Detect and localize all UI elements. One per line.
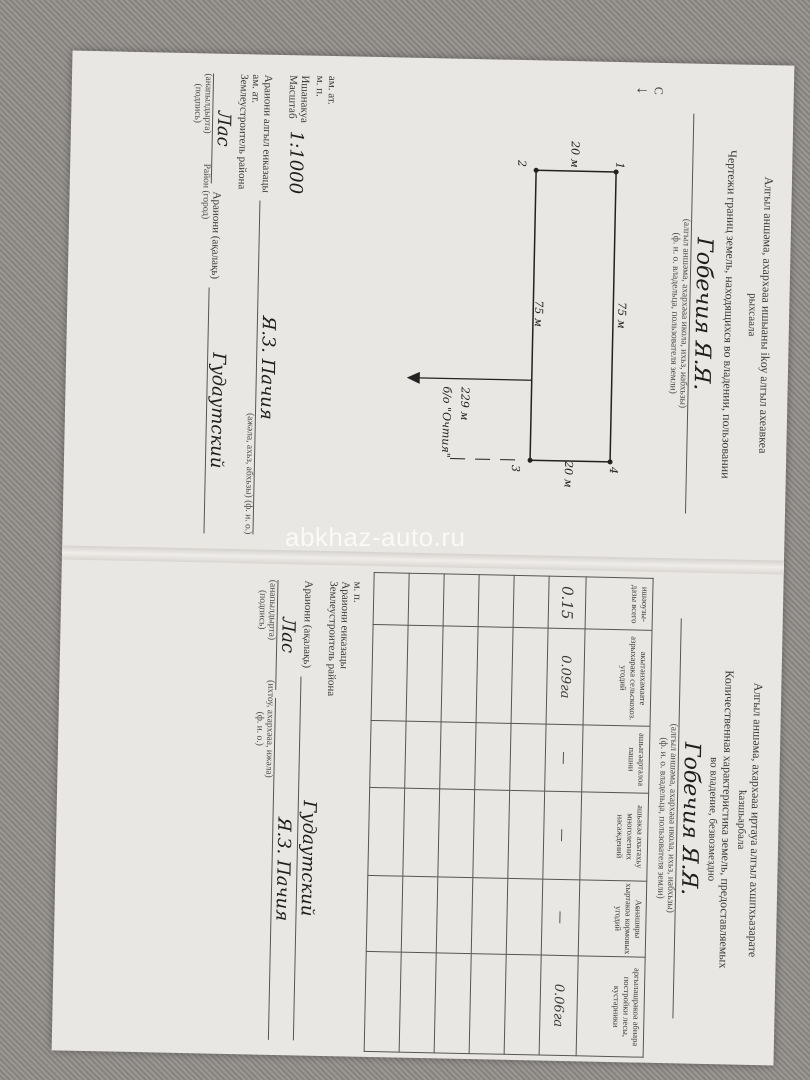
side-bottom-length: 20 м	[562, 461, 576, 488]
head-caption: (ажәла, ахьз, абхьзы) (ф. и. о.)	[228, 413, 255, 535]
header-buildings: аргылашракоа абнара постройки лесы, куст…	[576, 956, 645, 1057]
char-signature-caption-ab: (анапылдырта)	[266, 580, 277, 640]
side-right-length: 75 м	[532, 300, 546, 327]
value-buildings: 0.06га	[539, 955, 578, 1056]
district-value: Гудаутский	[206, 352, 229, 468]
district-label-ab: Араиони (ақалақь)	[209, 191, 223, 279]
plan-title-ru: Чертежи границ земель, находящихся во вл…	[716, 74, 741, 554]
point-2-label: 2	[515, 160, 528, 167]
point-1-label: 1	[613, 162, 626, 169]
land-characteristics-table: ишәоузы-дазы всего акытанхамаате азрыхар…	[364, 572, 654, 1058]
compass-north-label: С	[652, 87, 666, 95]
scale-label: Ишанакуа Масштаб	[286, 75, 311, 123]
signature-caption-ab: (анапылдырта)	[202, 73, 213, 133]
land-plot-drawing	[339, 126, 647, 512]
plan-sheet: Алгыл аншәма, ахархәаа ишыаны ikоу алгыл…	[62, 51, 794, 566]
char-district-value: Гудаутский	[296, 800, 319, 916]
signature: Лас	[213, 111, 235, 147]
char-signature: Лас	[277, 617, 299, 653]
char-district-caption: (ихтоу, ахархәаа, ижәла)	[263, 680, 275, 778]
header-forage: Аҩнашяры хыртакоа кормовых угодий	[578, 880, 647, 958]
compass-arrow-icon: ↓	[633, 86, 651, 94]
compass: С ↓	[633, 86, 666, 95]
point-3-label: 3	[509, 465, 522, 472]
header-arable: ашьагәарталоа пашни	[582, 725, 650, 793]
value-agricultural: 0.09га	[546, 629, 585, 725]
value-perennial: —	[543, 791, 582, 880]
characteristics-sheet: Алгыл аншәма, ахархәаа иртауа алгыл ахшп…	[52, 555, 784, 1070]
value-forage: —	[541, 879, 580, 956]
head-sub: ам. ат. Землеустроитель района	[236, 74, 262, 190]
scale-value: 1:1000	[285, 131, 307, 195]
header-agricultural: акытанхамаате азрыхарака сельскохоз. уго…	[583, 629, 652, 726]
road-distance: 229 м	[458, 387, 472, 421]
district-label-ru: Район (город)	[190, 163, 211, 219]
char-district-label: Араиони (ақалақь)	[301, 580, 315, 668]
road-label: б/о "Очтия"	[439, 386, 453, 458]
header-perennial: ашьакәа ахьтахьу многолетних насаждений	[580, 792, 649, 881]
char-head-name: Я.З. Пачия	[271, 817, 294, 921]
head-label: Араиони алгыл еиказацы	[260, 75, 274, 193]
table-header-row: ишәоузы-дазы всего акытанхамаате азрыхар…	[576, 577, 653, 1057]
value-total: 0.15	[548, 576, 586, 629]
point-4-label: 4	[607, 467, 620, 474]
side-top-length: 20 м	[568, 141, 582, 168]
plan-owner-name: Гобечия Я.Я.	[689, 237, 717, 391]
value-arable: —	[545, 724, 583, 791]
document-paper: Алгыл аншәма, ахархәаа ишыаны ikоу алгыл…	[52, 51, 795, 1066]
header-total: ишәоузы-дазы всего	[585, 577, 653, 631]
side-left-length: 75 м	[615, 302, 629, 329]
watermark: abkhaz-auto.ru	[285, 522, 465, 553]
head-name: Я.З. Пачия	[256, 316, 279, 420]
char-owner-name: Гобечия Я.Я.	[676, 742, 704, 896]
